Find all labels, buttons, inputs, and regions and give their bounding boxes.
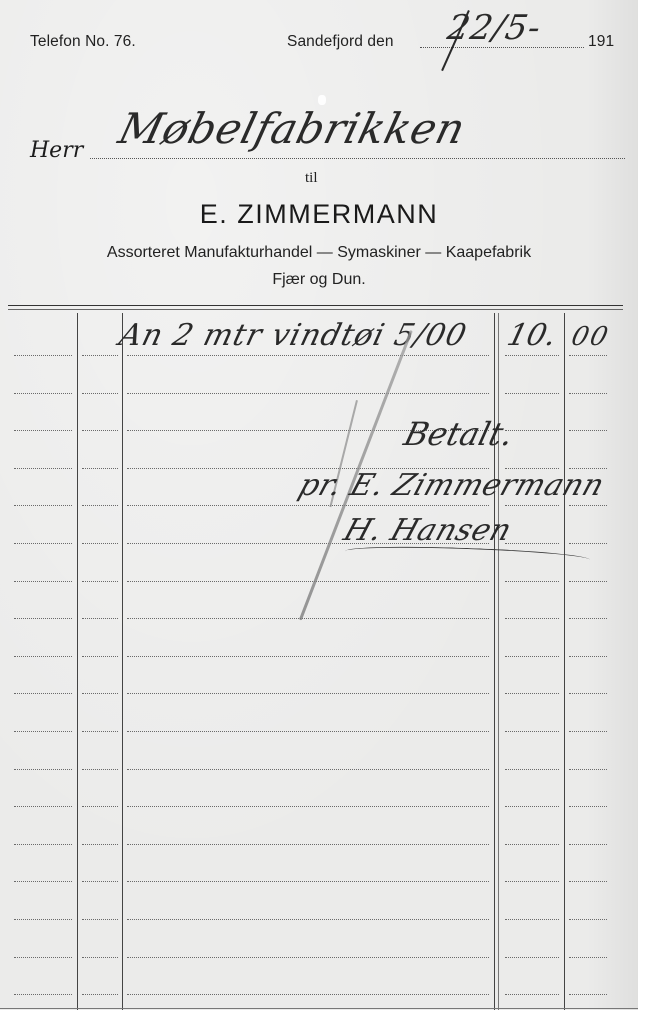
ledger-row-line [127,505,489,506]
ledger-row-line [14,844,72,845]
addressee-dotted-line [90,158,625,159]
ledger-row-line [127,618,489,619]
column-divider-1 [77,313,78,1010]
ledger-row-line [82,881,118,882]
ledger-row-line [569,505,607,506]
ledger-row-line [569,919,607,920]
ledger-row-line [14,919,72,920]
ledger-row-line [127,844,489,845]
ledger-row-line [569,957,607,958]
signature-signer: H. Hansen [339,513,516,548]
ledger-row-line [127,881,489,882]
ledger-row-line [14,468,72,469]
ledger-row-line [82,543,118,544]
ledger-row-line [505,769,559,770]
ledger-row-line [127,769,489,770]
ledger-row-line [82,693,118,694]
ledger-row-line [569,355,607,356]
ledger-row-line [569,430,607,431]
ledger-row-line [505,505,559,506]
ledger-row-line [569,393,607,394]
company-name: E. ZIMMERMANN [0,199,638,230]
signature-underline [345,544,590,568]
ledger-row-line [505,806,559,807]
column-divider-4 [564,313,565,1010]
ledger-row-line [127,656,489,657]
ledger-row-line [14,957,72,958]
ledger-row-line [569,581,607,582]
ledger-row-line [82,769,118,770]
ledger-row-line [505,693,559,694]
year-prefix: 191 [588,33,614,51]
ledger-row-line [505,881,559,882]
ledger-row-line [505,543,559,544]
header-rule-thin [8,309,623,310]
ledger-row-line [505,994,559,995]
ledger-row-line [82,505,118,506]
line-item-description: An 2 mtr vindtøi 5/00 [116,318,471,353]
ledger-row-line [505,656,559,657]
ledger-row-line [505,957,559,958]
ledger-row-line [569,881,607,882]
ledger-row-line [127,355,489,356]
ledger-row-line [14,693,72,694]
ledger-row-line [14,769,72,770]
ledger-row-line [82,957,118,958]
ledger-row-line [569,806,607,807]
ledger-row-line [127,919,489,920]
paid-note: Betalt. [400,415,517,453]
ledger-row-line [82,731,118,732]
recipient-name: Møbelfabrikken [114,104,470,153]
ledger-row-line [14,581,72,582]
ledger-row-line [505,731,559,732]
ledger-row-line [14,994,72,995]
company-tagline: Assorteret Manufakturhandel — Symaskiner… [0,244,638,262]
salutation-herr: Herr [30,138,83,163]
ledger-row-line [127,994,489,995]
ledger-row-line [127,731,489,732]
ledger-row-line [569,543,607,544]
ledger-row-line [14,656,72,657]
ledger-row-line [569,769,607,770]
ledger-row-line [505,355,559,356]
ledger-row-line [82,355,118,356]
bottom-rule [0,1008,638,1009]
ledger-row-line [127,693,489,694]
ledger-row-line [569,656,607,657]
ledger-row-line [82,656,118,657]
telefon-number: Telefon No. 76. [30,33,136,51]
ledger-row-line [82,618,118,619]
company-tagline-2: Fjær og Dun. [0,271,638,289]
line-item-kroner: 10. [504,318,560,353]
ledger-row-line [505,919,559,920]
ledger-row-line [127,806,489,807]
ledger-row-line [82,468,118,469]
header-rule [8,305,623,306]
ledger-row-line [569,844,607,845]
ledger-row-line [14,543,72,544]
ledger-row-line [14,393,72,394]
ledger-row-line [505,618,559,619]
ledger-row-line [14,881,72,882]
ledger-row-line [82,994,118,995]
ledger-row-line [505,844,559,845]
invoice-paper: Telefon No. 76. Sandefjord den 22/5- 191… [0,0,638,1010]
ledger-row-line [569,693,607,694]
ledger-row-line [14,430,72,431]
ledger-row-line [127,393,489,394]
ledger-row-line [127,581,489,582]
ledger-row-line [82,919,118,920]
ledger-row-line [505,393,559,394]
ledger-row-line [82,430,118,431]
ledger-row-line [569,731,607,732]
place-label: Sandefjord den [287,33,394,51]
ledger-row-line [82,806,118,807]
ledger-row-line [82,581,118,582]
ledger-row-line [82,844,118,845]
ledger-row-line [14,731,72,732]
ledger-row-line [127,957,489,958]
ledger-row-line [14,618,72,619]
column-divider-2 [122,313,123,1010]
ledger-row-line [14,505,72,506]
ledger-row-line [505,581,559,582]
ledger-row-line [82,393,118,394]
ledger-row-line [14,806,72,807]
ledger-row-line [569,618,607,619]
til-label: til [305,170,318,187]
signature-company: pr. E. Zimmermann [294,468,609,503]
ledger-row-line [569,994,607,995]
ledger-row-line [14,355,72,356]
line-item-ore: 00 [568,322,613,352]
